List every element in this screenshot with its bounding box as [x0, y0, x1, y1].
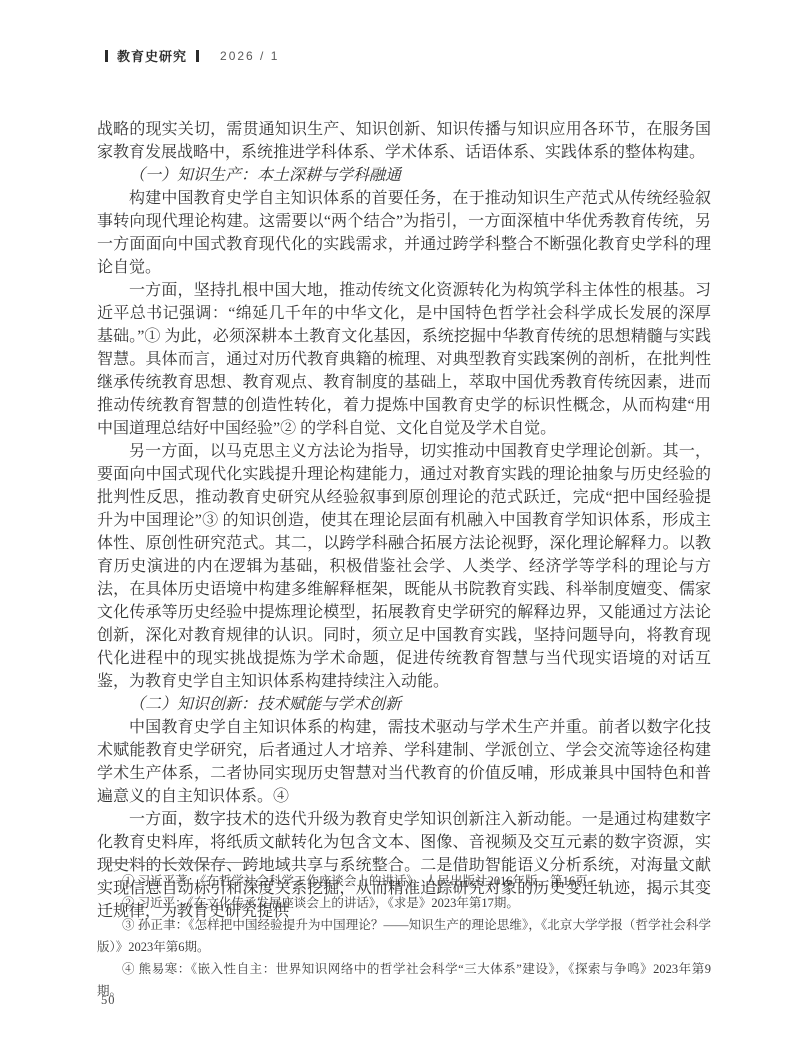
body-paragraph: 另一方面，以马克思主义方法论为指导，切实推动中国教育史学理论创新。其一，要面向中…: [97, 440, 711, 693]
footnote-2: ② 习近平：《在文化传承发展座谈会上的讲话》，《求是》2023年第17期。: [97, 892, 711, 914]
header-bar-right-icon: [196, 50, 199, 62]
footnote-3: ③ 孙正聿：《怎样把中国经验提升为中国理论？——知识生产的理论思维》，《北京大学…: [97, 914, 711, 958]
header-bar-left-icon: [105, 50, 108, 62]
section-heading-2: （二）知识创新：技术赋能与学术创新: [97, 693, 711, 716]
journal-header: 教育史研究 2026 / 1: [105, 46, 279, 65]
footnote-4: ④ 熊易寒：《嵌入性自主：世界知识网络中的哲学社会科学“三大体系”建设》，《探索…: [97, 958, 711, 1002]
footnote-separator: [97, 862, 255, 863]
footnote-1: ① 习近平著：《在哲学社会科学工作座谈会上的讲话》，人民出版社2016年版，第1…: [97, 870, 711, 892]
section-heading-1: （一）知识生产：本土深耕与学科融通: [97, 164, 711, 187]
journal-title: 教育史研究: [117, 46, 187, 65]
journal-issue: 2026 / 1: [220, 49, 279, 63]
footnotes: ① 习近平著：《在哲学社会科学工作座谈会上的讲话》，人民出版社2016年版，第1…: [97, 870, 711, 1002]
body-paragraph: 构建中国教育史学自主知识体系的首要任务，在于推动知识生产范式从传统经验叙事转向现…: [97, 187, 711, 279]
article-body: 战略的现实关切，需贯通知识生产、知识创新、知识传播与知识应用各环节，在服务国家教…: [97, 118, 711, 923]
body-paragraph: 中国教育史学自主知识体系的构建，需技术驱动与学术生产并重。前者以数字化技术赋能教…: [97, 716, 711, 808]
body-paragraph: 一方面，坚持扎根中国大地，推动传统文化资源转化为构筑学科主体性的根基。习近平总书…: [97, 279, 711, 440]
body-paragraph-continuation: 战略的现实关切，需贯通知识生产、知识创新、知识传播与知识应用各环节，在服务国家教…: [97, 118, 711, 164]
page-number: 50: [101, 993, 116, 1008]
document-page: 教育史研究 2026 / 1 战略的现实关切，需贯通知识生产、知识创新、知识传播…: [0, 0, 800, 1059]
